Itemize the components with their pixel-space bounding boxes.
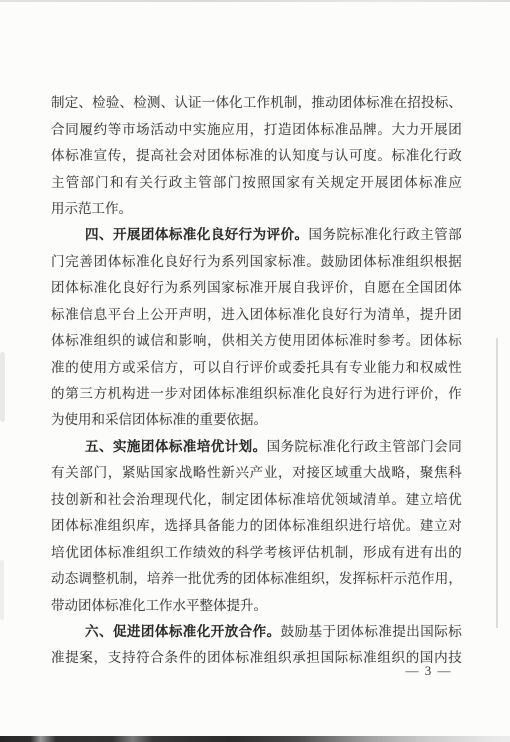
scan-artifact-left-smudge [0, 352, 5, 422]
scan-artifact-right-line [496, 338, 498, 628]
text-line: 体标准组织的诚信和影响，供相关方使用团体标准时参考。团体标 [51, 326, 462, 352]
text-line: 的第三方机构进一步对团体标准组织标准化良好行为进行评价，作 [51, 379, 462, 405]
text-line: 合同履约等市场活动中实施应用，打造团体标准品牌。大力开展团 [51, 114, 462, 140]
scan-artifact-left-smudge [0, 560, 4, 620]
document-body: 制定、检验、检测、认证一体化工作机制，推动团体标准在招投标、合同履约等市场活动中… [51, 88, 462, 670]
text-line: 标准信息平台上公开声明，进入团体标准化良好行为清单，提升团 [51, 300, 462, 326]
page-number: — 3 — [406, 663, 453, 679]
text-line: 五、实施团体标准培优计划。国务院标准化行政主管部门会同 [51, 432, 462, 458]
text-line: 六、促进团体标准化开放合作。鼓励基于团体标准提出国际标 [51, 617, 462, 643]
scanned-document-page: 制定、检验、检测、认证一体化工作机制，推动团体标准在招投标、合同履约等市场活动中… [0, 0, 510, 742]
text-line: 团体标准化良好行为系列国家标准开展自我评价，自愿在全国团体 [51, 273, 462, 299]
text-line: 为使用和采信团体标准的重要依据。 [51, 405, 462, 431]
text-line: 四、开展团体标准化良好行为评价。国务院标准化行政主管部 [51, 220, 462, 246]
text-line: 培优团体标准组织工作绩效的科学考核评估机制，形成有进有出的 [51, 537, 462, 563]
text-line: 有关部门，紧贴国家战略性新兴产业，对接区域重大战略，聚焦科 [51, 458, 462, 484]
text-line: 技创新和社会治理现代化，制定团体标准培优领域清单。建立培优 [51, 485, 462, 511]
text-line: 门完善团体标准化良好行为系列国家标准。鼓励团体标准组织根据 [51, 247, 462, 273]
text-line: 制定、检验、检测、认证一体化工作机制，推动团体标准在招投标、 [51, 88, 462, 114]
text-line: 团体标准组织库，选择具备能力的团体标准组织进行培优。建立对 [51, 511, 462, 537]
text-line: 体标准宣传，提高社会对团体标准的认知度与认可度。标准化行政 [51, 141, 462, 167]
scan-artifact-bottom-edge [0, 736, 510, 742]
text-line: 动态调整机制，培养一批优秀的团体标准组织，发挥标杆示范作用， [51, 564, 462, 590]
text-line: 准的使用方或采信方，可以自行评价或委托具有专业能力和权威性 [51, 352, 462, 378]
text-line: 主管部门和有关行政主管部门按照国家有关规定开展团体标准应 [51, 167, 462, 193]
text-line: 带动团体标准化工作水平整体提升。 [51, 590, 462, 616]
scan-artifact-top-edge [0, 0, 510, 2]
text-line: 准提案，支持符合条件的团体标准组织承担国际标准组织的国内技 [51, 643, 462, 669]
text-line: 用示范工作。 [51, 194, 462, 220]
